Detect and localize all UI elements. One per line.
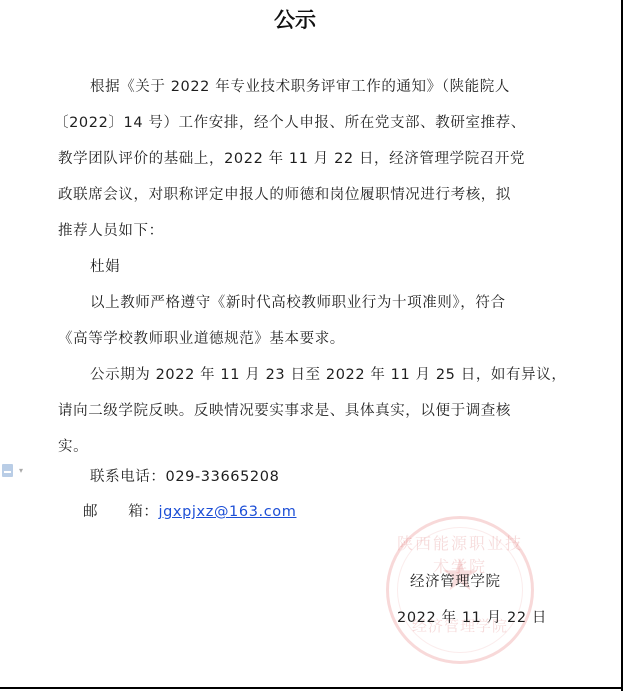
paragraph-line: 〔2022〕14 号）工作安排，经个人申报、所在党支部、教研室推荐、 [54,111,526,132]
contact-email: 邮 箱：jgxpjxz@163.com [83,500,297,521]
paragraph-line: 政联席会议，对职称评定申报人的师德和岗位履职情况进行考核，拟 [58,183,511,204]
paragraph-line: 《高等学校教师职业道德规范》基本要求。 [58,327,345,348]
phone-value: 029-33665208 [166,469,280,485]
paragraph-line: 根据《关于 2022 年专业技术职务评审工作的通知》（陕能院人 [90,75,510,96]
paragraph-line: 教学团队评价的基础上，2022 年 11 月 22 日，经济管理学院召开党 [58,147,525,168]
paragraph-line: 实。 [58,435,88,456]
signature-date: 2022 年 11 月 22 日 [397,606,547,627]
contact-phone: 联系电话：029-33665208 [90,465,279,486]
paragraph-line: 请向二级学院反映。反映情况要实事求是、具体真实，以便于调查核 [58,399,511,420]
paragraph-line: 推荐人员如下： [58,219,164,240]
paragraph-line: 以上教师严格遵守《新时代高校教师职业行为十项准则》，符合 [90,291,506,312]
phone-label: 联系电话： [90,469,166,485]
email-label: 邮 箱： [83,504,159,520]
nominee-name: 杜娟 [90,255,120,276]
paragraph-line: 公示期为 2022 年 11 月 23 日至 2022 年 11 月 25 日，… [90,363,566,384]
page-border-bottom [0,687,623,689]
dropdown-caret-icon[interactable]: ▾ [19,466,23,475]
signature-org: 经济管理学院 [410,570,501,591]
email-link[interactable]: jgxpjxz@163.com [159,504,297,520]
page-title: 公示 [0,4,590,34]
document-icon[interactable] [2,464,13,477]
